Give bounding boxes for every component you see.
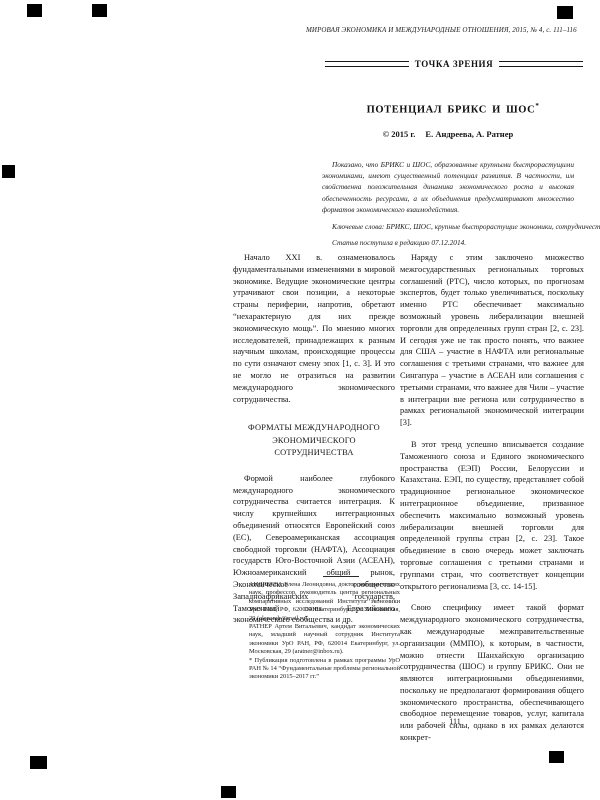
article-title-text: ПОТЕНЦИАЛ БРИКС И ШОС (367, 105, 536, 116)
right-paragraph-1: Наряду с этим заключено множество межгос… (400, 252, 584, 429)
right-paragraph-3: Свою специфику имеет такой формат междун… (400, 602, 584, 744)
byline: © 2015 г.Е. Андреева, А. Ратнер (343, 129, 553, 139)
scan-mark-bottom-right (549, 751, 564, 763)
scan-mark-bottom-left (30, 756, 47, 769)
right-paragraph-2: В этот тренд успешно вписывается создани… (400, 439, 584, 592)
footnote-separator-rule (323, 576, 359, 577)
left-paragraph-1: Начало XXI в. ознаменовалось фундаментал… (233, 252, 395, 405)
scanned-journal-page: { "page": { "journal_header": "МИРОВАЯ Э… (0, 0, 600, 800)
byline-copyright: © 2015 г. (383, 129, 416, 139)
received-date-line: Статья поступила в редакцию 07.12.2014. (322, 237, 574, 248)
scan-mark-top-right (557, 6, 573, 19)
section-banner-label: ТОЧКА ЗРЕНИЯ (415, 59, 494, 69)
abstract-text: Показано, что БРИКС и ШОС, образованные … (322, 159, 574, 215)
section-banner: ТОЧКА ЗРЕНИЯ (325, 58, 583, 70)
footnote-author-1: АНДРЕЕВА Елена Леонидовна, доктор эконом… (249, 581, 400, 623)
article-title: ПОТЕНЦИАЛ БРИКС И ШОС* (333, 102, 573, 116)
abstract-block: Показано, что БРИКС и ШОС, образованные … (322, 159, 574, 248)
banner-rule-left (325, 61, 409, 67)
keywords-line: Ключевые слова: БРИКС, ШОС, крупные быст… (322, 221, 574, 232)
banner-rule-right (499, 61, 583, 67)
section-heading-line1: ФОРМАТЫ МЕЖДУНАРОДНОГО (233, 422, 395, 435)
footnotes-block: АНДРЕЕВА Елена Леонидовна, доктор эконом… (249, 576, 400, 682)
scan-mark-top-left-2 (92, 4, 107, 17)
byline-authors: Е. Андреева, А. Ратнер (425, 129, 513, 139)
section-heading-line2: ЭКОНОМИЧЕСКОГО СОТРУДНИЧЕСТВА (233, 435, 395, 460)
scan-mark-top-left-1 (27, 4, 42, 17)
scan-mark-left-edge (2, 165, 15, 178)
journal-running-head: МИРОВАЯ ЭКОНОМИКА И МЕЖДУНАРОДНЫЕ ОТНОШЕ… (306, 26, 556, 34)
body-column-right: Наряду с этим заключено множество межгос… (400, 252, 584, 744)
section-heading: ФОРМАТЫ МЕЖДУНАРОДНОГО ЭКОНОМИЧЕСКОГО СО… (233, 422, 395, 460)
body-column-left: Начало XXI в. ознаменовалось фундаментал… (233, 252, 395, 626)
footnote-author-2: РАТНЕР Артем Витальевич, кандидат эконом… (249, 623, 400, 657)
title-footnote-mark: * (535, 102, 539, 110)
footnote-grant-note: * Публикация подготовлена в рамках прогр… (249, 657, 400, 682)
page-number: 111 (440, 717, 470, 726)
scan-mark-bottom-center (221, 786, 236, 798)
